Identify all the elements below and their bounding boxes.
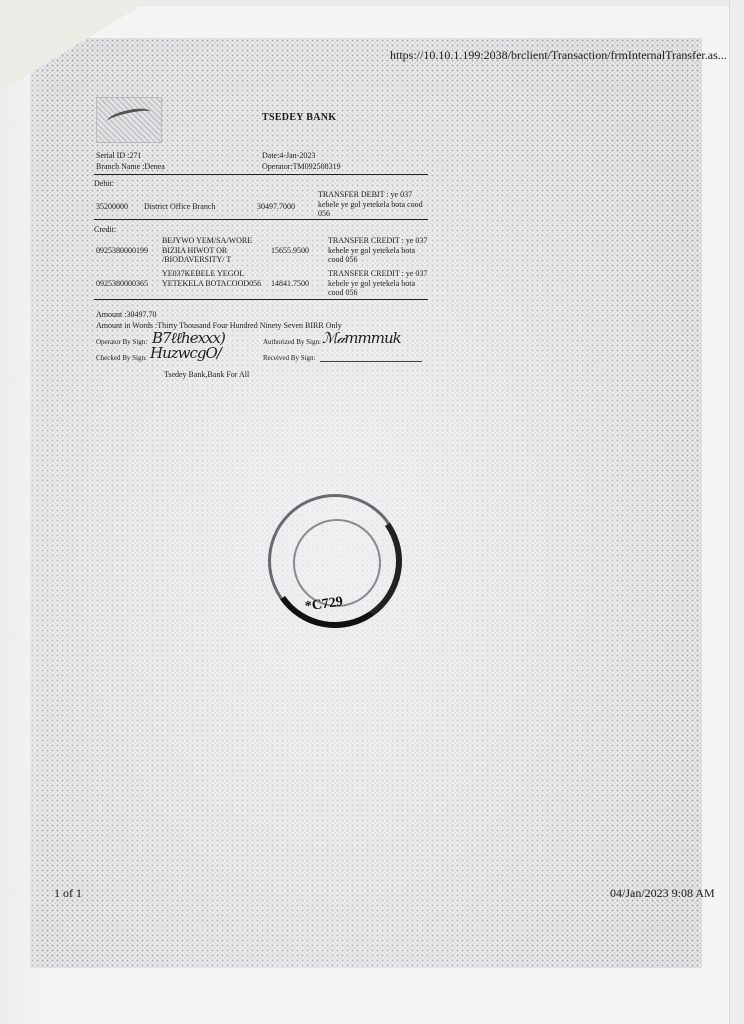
credit-name-2: YE037KEBELE YEGOL YETEKELA BOTACOOD056 bbox=[162, 269, 262, 288]
authorized-signature: ℳ𝒶mmmuk bbox=[322, 329, 401, 347]
print-url-header: https://10.10.1.199:2038/brclient/Transa… bbox=[390, 48, 727, 63]
credit-narration-2: TRANSFER CREDIT : ye 037 kebele ye gol y… bbox=[328, 269, 428, 298]
serial-id: Serial ID :271 bbox=[96, 151, 141, 161]
paper-edge-shadow bbox=[0, 0, 44, 1024]
divider bbox=[94, 174, 428, 175]
debit-amount: 30497.7000 bbox=[257, 202, 295, 212]
logo-swoosh-icon bbox=[106, 106, 152, 128]
credit-account-1: 0925380000199 bbox=[96, 246, 148, 256]
print-timestamp: 04/Jan/2023 9:08 AM bbox=[610, 886, 715, 901]
checked-sign-label: Checked By Sign: bbox=[96, 353, 147, 363]
debit-name: District Office Branch bbox=[144, 202, 215, 212]
debit-account: 35200000 bbox=[96, 202, 128, 212]
bank-seal-stamp: *C729 bbox=[268, 494, 402, 628]
debit-narration: TRANSFER DEBIT : ye 037 kebele ye gol ye… bbox=[318, 190, 430, 219]
received-sign-label: Received By Sign: bbox=[263, 353, 316, 363]
folded-corner bbox=[0, 0, 150, 92]
credit-amount-2: 14841.7500 bbox=[271, 279, 309, 289]
transaction-date: Date:4-Jan-2023 bbox=[262, 151, 315, 161]
bank-title: TSEDEY BANK bbox=[262, 112, 336, 123]
debit-label: Debit: bbox=[94, 179, 114, 189]
authorized-sign-label: Authorized By Sign: bbox=[263, 337, 321, 347]
credit-account-2: 0925380000365 bbox=[96, 279, 148, 289]
checked-signature: HuzwcgO/ bbox=[150, 344, 221, 362]
page-count: 1 of 1 bbox=[54, 886, 82, 901]
divider bbox=[94, 219, 428, 220]
paper-right-edge bbox=[729, 0, 744, 1024]
credit-amount-1: 15655.9500 bbox=[271, 246, 309, 256]
total-amount: Amount :30497.70 bbox=[96, 310, 156, 320]
branch-name: Branch Name :Denea bbox=[96, 162, 165, 172]
credit-narration-1: TRANSFER CREDIT : ye 037 kebele ye gol y… bbox=[328, 236, 428, 265]
operator-id: Operator:TM092508319 bbox=[262, 162, 341, 172]
divider bbox=[94, 299, 428, 300]
received-signature-line bbox=[320, 361, 422, 362]
bank-logo bbox=[96, 97, 162, 143]
credit-label: Credit: bbox=[94, 225, 116, 235]
bank-slogan: Tsedey Bank,Bank For All bbox=[164, 370, 249, 380]
operator-sign-label: Operator By Sign: bbox=[96, 337, 147, 347]
credit-name-1: BEJYWO YEM/SA/WORE BIZIIA HIWOT OR /BIOD… bbox=[162, 236, 262, 265]
